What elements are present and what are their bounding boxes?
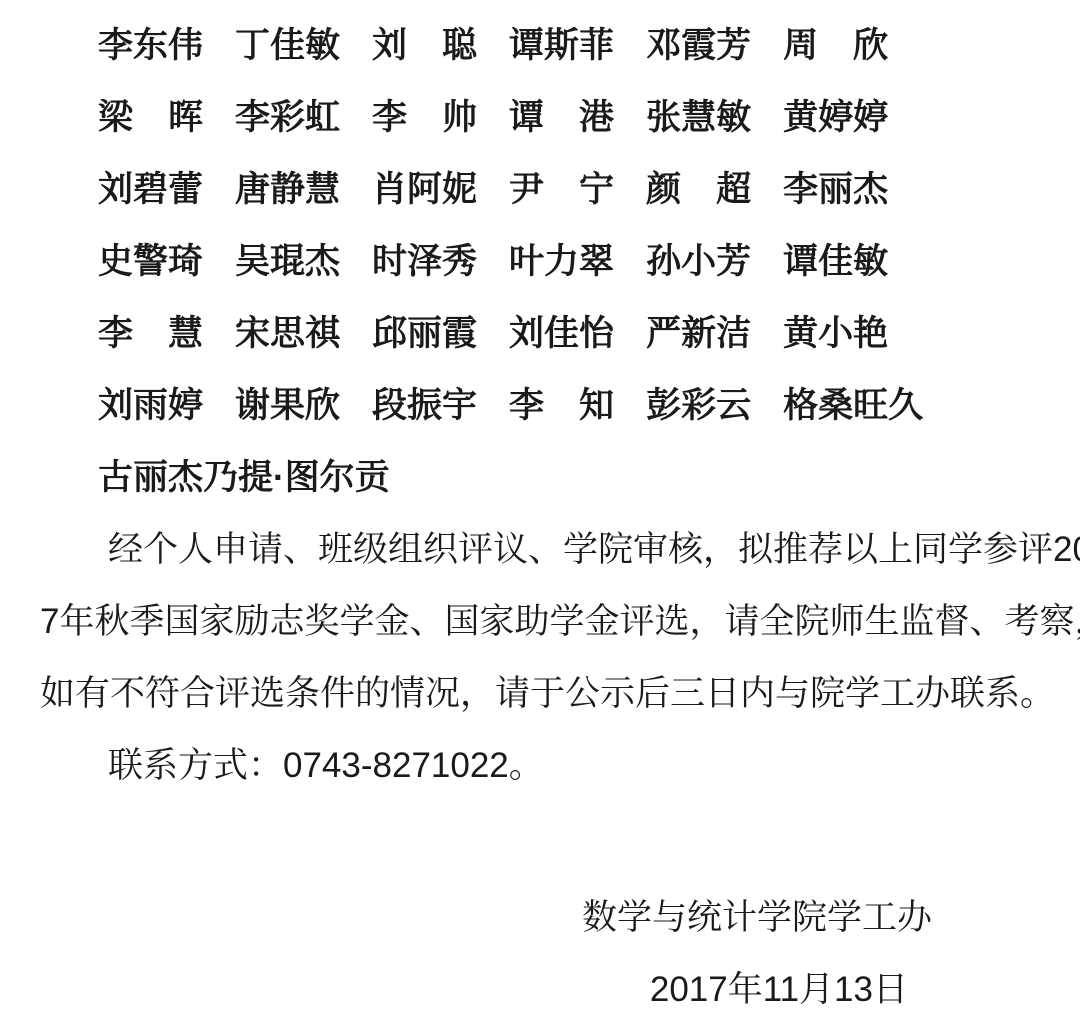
person-name: 时泽秀 bbox=[372, 226, 477, 298]
person-name: 李 知 bbox=[509, 370, 614, 442]
announcement-body: 经个人申请、班级组织评议、学院审核，拟推荐以上同学参评2017年秋季国家励志奖学… bbox=[0, 514, 1080, 802]
person-name: 严新洁 bbox=[646, 298, 751, 370]
person-name: 李丽杰 bbox=[783, 154, 888, 226]
person-name: 丁佳敏 bbox=[235, 10, 340, 82]
body-text-line: 如有不符合评选条件的情况，请于公示后三日内与院学工办联系。 bbox=[0, 658, 1080, 730]
person-name: 刘佳怡 bbox=[509, 298, 614, 370]
person-name: 古丽杰乃提·图尔贡 bbox=[98, 442, 390, 514]
body-text-line: 7年秋季国家励志奖学金、国家助学金评选，请全院师生监督、考察， bbox=[0, 586, 1080, 658]
person-name: 黄小艳 bbox=[783, 298, 888, 370]
person-name: 谢果欣 bbox=[235, 370, 340, 442]
signature: 数学与统计学院学工办 bbox=[0, 882, 1080, 954]
person-name: 谭 港 bbox=[509, 82, 614, 154]
name-row: 刘雨婷谢果欣段振宇李 知彭彩云格桑旺久 bbox=[0, 370, 1080, 442]
announcement-page: 李东伟丁佳敏刘 聪谭斯菲邓霞芳周 欣梁 晖李彩虹李 帅谭 港张慧敏黄婷婷刘碧蕾唐… bbox=[0, 0, 1080, 1032]
person-name: 颜 超 bbox=[646, 154, 751, 226]
person-name: 李彩虹 bbox=[235, 82, 340, 154]
person-name: 谭斯菲 bbox=[509, 10, 614, 82]
person-name: 刘 聪 bbox=[372, 10, 477, 82]
person-name: 段振宇 bbox=[372, 370, 477, 442]
person-name: 孙小芳 bbox=[646, 226, 751, 298]
date: 2017年11月13日 bbox=[0, 954, 1080, 1026]
name-row: 梁 晖李彩虹李 帅谭 港张慧敏黄婷婷 bbox=[0, 82, 1080, 154]
person-name: 张慧敏 bbox=[646, 82, 751, 154]
name-row: 史警琦吴琨杰时泽秀叶力翠孙小芳谭佳敏 bbox=[0, 226, 1080, 298]
person-name: 邓霞芳 bbox=[646, 10, 751, 82]
person-name: 刘雨婷 bbox=[98, 370, 203, 442]
person-name: 史警琦 bbox=[98, 226, 203, 298]
person-name: 李 帅 bbox=[372, 82, 477, 154]
person-name: 周 欣 bbox=[783, 10, 888, 82]
name-list: 李东伟丁佳敏刘 聪谭斯菲邓霞芳周 欣梁 晖李彩虹李 帅谭 港张慧敏黄婷婷刘碧蕾唐… bbox=[0, 10, 1080, 514]
person-name: 叶力翠 bbox=[509, 226, 614, 298]
person-name: 李东伟 bbox=[98, 10, 203, 82]
person-name: 尹 宁 bbox=[509, 154, 614, 226]
name-row: 刘碧蕾唐静慧肖阿妮尹 宁颜 超李丽杰 bbox=[0, 154, 1080, 226]
person-name: 宋思祺 bbox=[235, 298, 340, 370]
person-name: 黄婷婷 bbox=[783, 82, 888, 154]
body-text-line: 联系方式：0743-8271022。 bbox=[0, 730, 1080, 802]
spacer bbox=[0, 802, 1080, 882]
person-name: 彭彩云 bbox=[646, 370, 751, 442]
name-row: 李 慧宋思祺邱丽霞刘佳怡严新洁黄小艳 bbox=[0, 298, 1080, 370]
person-name: 梁 晖 bbox=[98, 82, 203, 154]
person-name: 谭佳敏 bbox=[783, 226, 888, 298]
person-name: 邱丽霞 bbox=[372, 298, 477, 370]
body-text-line: 经个人申请、班级组织评议、学院审核，拟推荐以上同学参评201 bbox=[0, 514, 1080, 586]
person-name: 刘碧蕾 bbox=[98, 154, 203, 226]
person-name: 李 慧 bbox=[98, 298, 203, 370]
person-name: 肖阿妮 bbox=[372, 154, 477, 226]
person-name: 唐静慧 bbox=[235, 154, 340, 226]
person-name: 吴琨杰 bbox=[235, 226, 340, 298]
person-name: 格桑旺久 bbox=[783, 370, 923, 442]
name-row: 李东伟丁佳敏刘 聪谭斯菲邓霞芳周 欣 bbox=[0, 10, 1080, 82]
name-row: 古丽杰乃提·图尔贡 bbox=[0, 442, 1080, 514]
